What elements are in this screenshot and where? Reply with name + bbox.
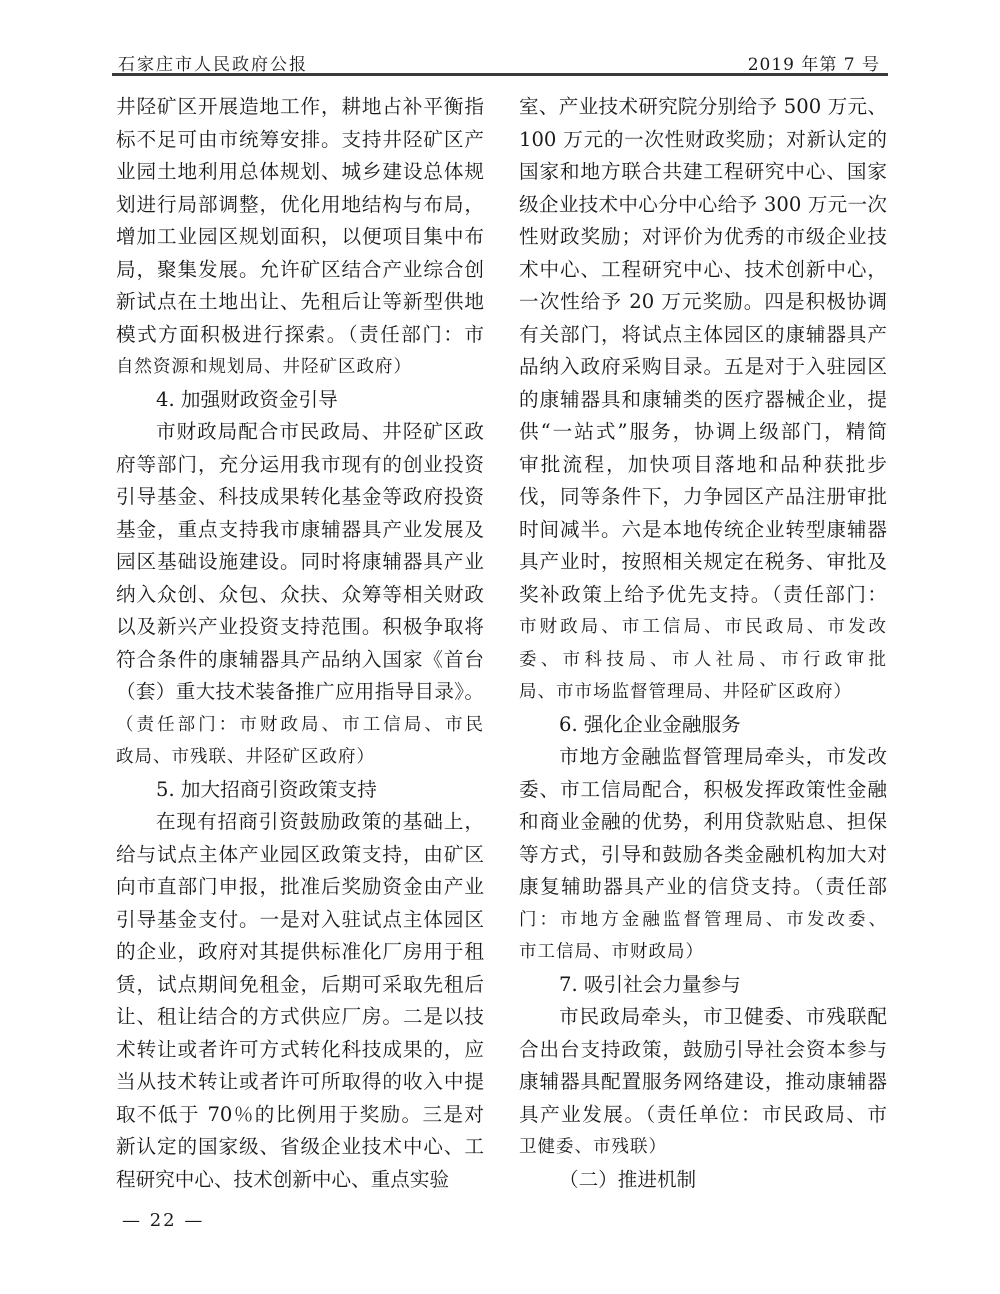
text-line: 局，聚集发展。允许矿区结合产业综合创 (116, 254, 484, 287)
text-line: 府等部门，充分运用我市现有的创业投资 (116, 449, 484, 482)
text-line: 有关部门，将试点主体园区的康辅器具产 (519, 319, 887, 352)
text-line: 委、市工信局配合，积极发挥政策性金融 (519, 774, 887, 807)
text-line: 以及新兴产业投资支持范围。积极争取将 (116, 611, 484, 644)
text-line: 标不足可由市统筹安排。支持井陉矿区产 (116, 124, 484, 157)
left-column: 井陉矿区开展造地工作，耕地占补平衡指标不足可由市统筹安排。支持井陉矿区产业园土地… (116, 91, 484, 1196)
text-line: 一次性给予 20 万元奖励。四是积极协调 (519, 286, 887, 319)
text-line: 引导基金支付。一是对入驻试点主体园区 (116, 904, 484, 937)
responsibility-line: 市财政局、市工信局、市民政局、市发改 (519, 611, 887, 644)
text-line: 性财政奖励；对评价为优秀的市级企业技 (519, 221, 887, 254)
text-line: 园区基础设施建设。同时将康辅器具产业 (116, 546, 484, 579)
text-line: 赁，试点期间免租金，后期可采取先租后 (116, 969, 484, 1002)
text-line: 品纳入政府采购目录。五是对于入驻园区 (519, 351, 887, 384)
text-line: 纳入众创、众包、众扶、众筹等相关财政 (116, 579, 484, 612)
responsibility-line: 委、市科技局、市人社局、市行政审批 (519, 644, 887, 677)
text-line: 当从技术转让或者许可所取得的收入中提 (116, 1066, 484, 1099)
paragraph-first-line: 市地方金融监督管理局牵头，市发改 (519, 741, 887, 774)
text-line: 增加工业园区规划面积，以便项目集中布 (116, 221, 484, 254)
section-heading: 6. 强化企业金融服务 (519, 709, 887, 742)
responsibility-line: 自然资源和规划局、井陉矿区政府） (116, 351, 484, 384)
header-divider (112, 73, 888, 76)
section-heading: 5. 加大招商引资政策支持 (116, 774, 484, 807)
paragraph-first-line: 市民政局牵头，市卫健委、市残联配 (519, 1001, 887, 1034)
text-line: 引导基金、科技成果转化基金等政府投资 (116, 481, 484, 514)
text-line: 的企业，政府对其提供标准化厂房用于租 (116, 936, 484, 969)
text-line: 术中心、工程研究中心、技术创新中心， (519, 254, 887, 287)
text-line: 合出台支持政策，鼓励引导社会资本参与 (519, 1034, 887, 1067)
text-line: 取不低于 70％的比例用于奖励。三是对 (116, 1099, 484, 1132)
text-line: 等方式，引导和鼓励各类金融机构加大对 (519, 839, 887, 872)
text-line: 室、产业技术研究院分别给予 500 万元、 (519, 91, 887, 124)
responsibility-line: （责任部门：市财政局、市工信局、市民 (116, 709, 484, 742)
right-column: 室、产业技术研究院分别给予 500 万元、100 万元的一次性财政奖励；对新认定… (519, 91, 887, 1196)
section-heading: 4. 加强财政资金引导 (116, 384, 484, 417)
page-number: — 22 — (122, 1210, 204, 1231)
text-line: 基金，重点支持我市康辅器具产业发展及 (116, 514, 484, 547)
section-heading: 7. 吸引社会力量参与 (519, 969, 887, 1002)
text-line: 审批流程，加快项目落地和品种获批步 (519, 449, 887, 482)
responsibility-line: 卫健委、市残联） (519, 1131, 887, 1164)
responsibility-line: 政局、市残联、井陉矿区政府） (116, 741, 484, 774)
text-line: （套）重大技术装备推广应用指导目录》。 (116, 676, 484, 709)
text-line: 奖补政策上给予优先支持。（责任部门： (519, 579, 887, 612)
text-line: 康辅器具配置服务网络建设，推动康辅器 (519, 1066, 887, 1099)
paragraph-first-line: 在现有招商引资鼓励政策的基础上， (116, 806, 484, 839)
text-line: 模式方面积极进行探索。（责任部门：市 (116, 319, 484, 352)
text-line: 和商业金融的优势，利用贷款贴息、担保 (519, 806, 887, 839)
text-line: 符合条件的康辅器具产品纳入国家《首台 (116, 644, 484, 677)
section-heading: （二）推进机制 (519, 1164, 887, 1197)
text-line: 井陉矿区开展造地工作，耕地占补平衡指 (116, 91, 484, 124)
text-line: 向市直部门申报，批准后奖励资金由产业 (116, 871, 484, 904)
text-line: 划进行局部调整，优化用地结构与布局， (116, 189, 484, 222)
text-line: 的康辅器具和康辅类的医疗器械企业，提 (519, 384, 887, 417)
text-line: 新试点在土地出让、先租后让等新型供地 (116, 286, 484, 319)
responsibility-line: 局、市市场监督管理局、井陉矿区政府） (519, 676, 887, 709)
text-line: 程研究中心、技术创新中心、重点实验 (116, 1164, 484, 1197)
text-line: 让、租让结合的方式供应厂房。二是以技 (116, 1001, 484, 1034)
text-line: 具产业发展。（责任单位：市民政局、市 (519, 1099, 887, 1132)
text-line: 新认定的国家级、省级企业技术中心、工 (116, 1131, 484, 1164)
text-line: 术转让或者许可方式转化科技成果的，应 (116, 1034, 484, 1067)
text-line: 级企业技术中心分中心给予 300 万元一次 (519, 189, 887, 222)
issue-number: 2019 年第 7 号 (748, 50, 880, 75)
text-line: 国家和地方联合共建工程研究中心、国家 (519, 156, 887, 189)
publication-title: 石家庄市人民政府公报 (118, 50, 308, 75)
text-line: 100 万元的一次性财政奖励；对新认定的 (519, 124, 887, 157)
paragraph-first-line: 市财政局配合市民政局、井陉矿区政 (116, 416, 484, 449)
text-line: 业园土地利用总体规划、城乡建设总体规 (116, 156, 484, 189)
text-line: 供“一站式”服务，协调上级部门，精简 (519, 416, 887, 449)
text-line: 伐，同等条件下，力争园区产品注册审批 (519, 481, 887, 514)
responsibility-line: 门：市地方金融监督管理局、市发改委、 (519, 904, 887, 937)
text-line: 时间减半。六是本地传统企业转型康辅器 (519, 514, 887, 547)
responsibility-line: 市工信局、市财政局） (519, 936, 887, 969)
text-line: 康复辅助器具产业的信贷支持。（责任部 (519, 871, 887, 904)
text-line: 具产业时，按照相关规定在税务、审批及 (519, 546, 887, 579)
text-line: 给与试点主体产业园区政策支持，由矿区 (116, 839, 484, 872)
page-header: 石家庄市人民政府公报 2019 年第 7 号 (112, 48, 888, 74)
